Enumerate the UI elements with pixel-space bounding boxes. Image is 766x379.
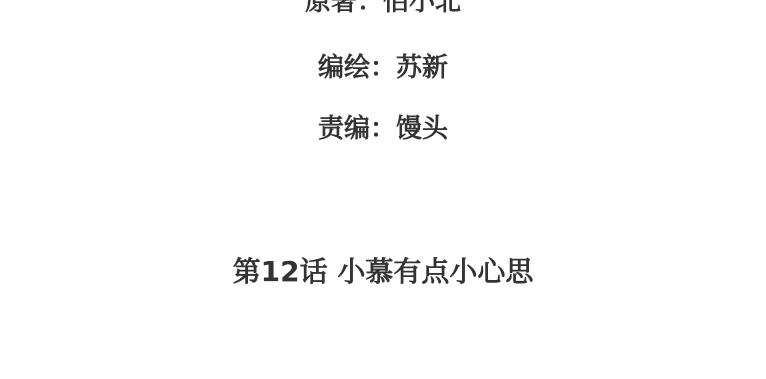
credit-name: 苏新 — [396, 53, 448, 83]
credit-name: 馒头 — [396, 114, 448, 144]
credit-role: 原著 — [305, 0, 357, 17]
credit-name: 佰小北 — [383, 0, 461, 17]
credit-role: 编绘 — [318, 53, 370, 83]
credit-separator: ： — [357, 0, 383, 17]
credit-original-author: 原著：佰小北 — [0, 0, 766, 18]
credit-separator: ： — [370, 53, 396, 83]
credit-artist: 编绘：苏新 — [0, 52, 766, 84]
chapter-title: 第12话 小慕有点小心思 — [0, 256, 766, 288]
credit-editor: 责编：馒头 — [0, 113, 766, 145]
credit-separator: ： — [370, 114, 396, 144]
credit-role: 责编 — [318, 114, 370, 144]
